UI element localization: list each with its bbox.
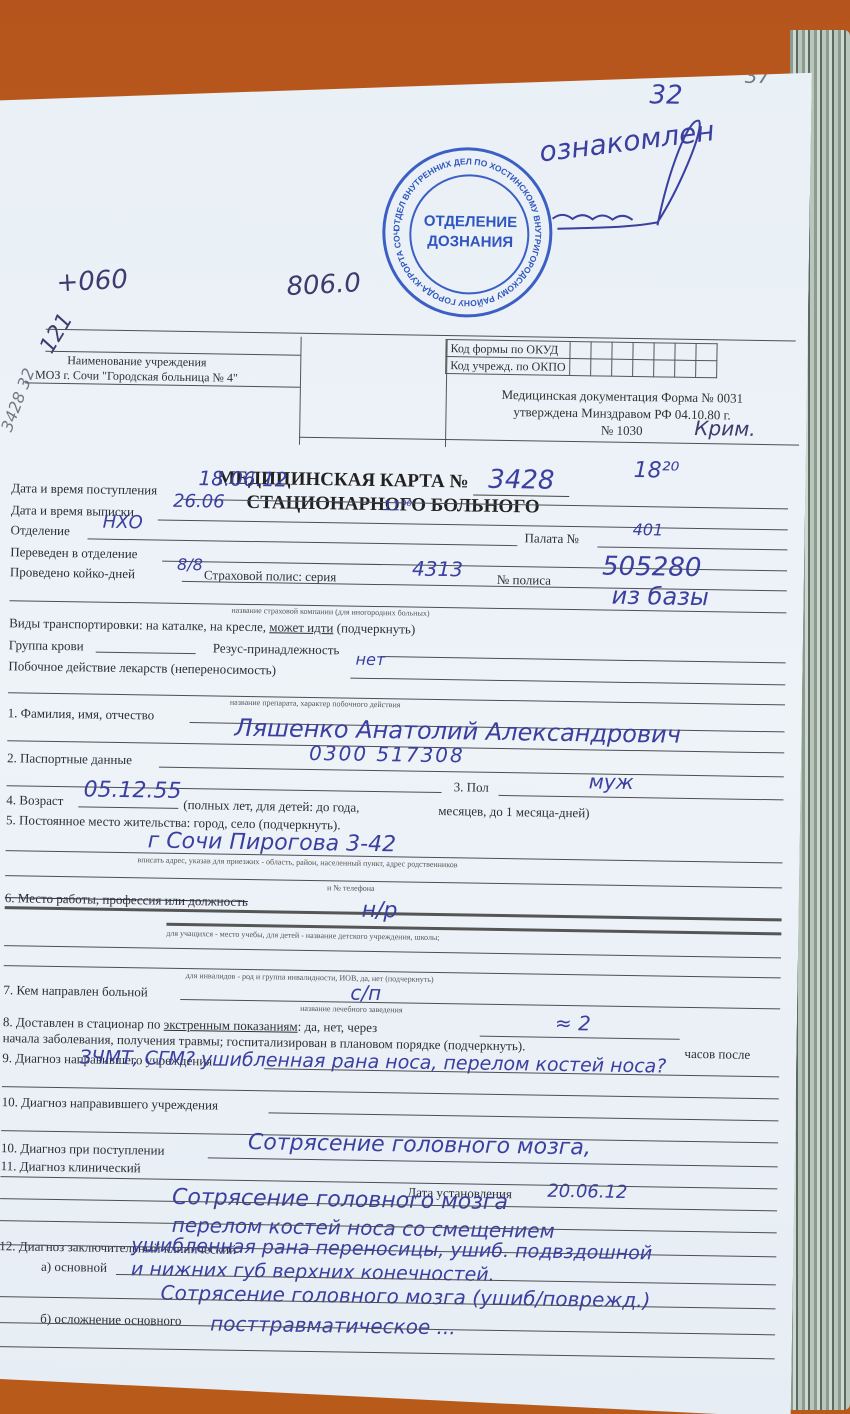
page-number-pencil: 37 (745, 64, 771, 88)
delivered-selected: экстренным показаниям (164, 1017, 298, 1034)
page-number: 32 (649, 80, 683, 111)
disabled-caption: для инвалидов - род и группа инвалидност… (186, 971, 434, 984)
admission-diag-value: Сотрясение головного мозга, (248, 1130, 591, 1160)
insurance-company-caption: название страховой компании (для иногоро… (231, 606, 429, 618)
police-stamp: ОТДЕЛ ВНУТРЕННИХ ДЕЛ ПО ХОСТИНСКОМУ ВНУТ… (381, 146, 554, 319)
passport-value: 0300 517308 (309, 741, 465, 767)
transport-selected: может идти (269, 619, 333, 635)
medical-card-page: 32 37 ОТДЕЛ ВНУТРЕННИХ ДЕЛ ПО ХОСТИНСКОМ… (0, 60, 812, 1414)
delivered-text-2: : да, нет, через (298, 1019, 378, 1035)
insurance-series-value: 4313 (412, 557, 463, 582)
drug-reaction-label: Побочное действие лекарств (непереносимо… (8, 658, 276, 678)
ward-label: Палата № (524, 530, 579, 547)
clinical-diag-value-1: Сотрясение головного мозга (172, 1185, 508, 1215)
svg-text:ОТДЕЛ ВНУТРЕННИХ ДЕЛ ПО ХОСТИН: ОТДЕЛ ВНУТРЕННИХ ДЕЛ ПО ХОСТИНСКОМУ ВНУТ… (384, 149, 545, 310)
age-caption-1: (полных лет, для детей: до года, (183, 797, 359, 816)
blood-group-label: Группа крови (9, 637, 84, 654)
referral-diag-label-10: 10. Диагноз направившего учреждения (2, 1094, 219, 1113)
admission-diag-label: 10. Диагноз при поступлении (1, 1140, 165, 1159)
final-main-value-3: Сотрясение головного мозга (ушиб/поврежд… (160, 1281, 650, 1313)
department-label: Отделение (10, 522, 69, 539)
header-middle-box (299, 337, 448, 447)
admission-label: Дата и время поступления (11, 480, 157, 498)
handwritten-code-right: 806.0 (286, 268, 362, 302)
stamp-ring-text-icon: ОТДЕЛ ВНУТРЕННИХ ДЕЛ ПО ХОСТИНСКОМУ ВНУТ… (384, 149, 551, 316)
age-value: 05.12.55 (83, 777, 181, 804)
clinical-diag-label: 11. Диагноз клинический (0, 1158, 140, 1176)
stamp-label-2: ДОЗНАНИЯ (415, 232, 525, 254)
delivered-text: 8. Доставлен в стационар по (3, 1014, 161, 1031)
referred-by-label: 7. Кем направлен больной (3, 982, 148, 1000)
bed-days-value: 8/8 (177, 555, 203, 574)
bed-days-label: Проведено койко-дней (10, 564, 135, 582)
referred-by-caption: название лечебного заведения (300, 1004, 403, 1015)
card-number: 3428 (473, 464, 570, 497)
sex-label: 3. Пол (454, 779, 489, 796)
corner-note: Крим. (694, 416, 756, 441)
ward-value: 401 (633, 520, 664, 539)
insurance-company-value: из базы (611, 582, 709, 612)
discharge-date: 26.06 (173, 491, 225, 513)
rhesus-label: Резус-принадлежность (213, 640, 340, 658)
fio-label: 1. Фамилия, имя, отчество (8, 705, 155, 723)
okud-label: Код формы по ОКУД (446, 340, 571, 359)
drug-reaction-caption: название препарата, характер побочного д… (230, 698, 401, 710)
transport-label: Виды транспортировки: на каталке, на кре… (9, 615, 415, 637)
transferred-label: Переведен в отделение (10, 544, 137, 562)
age-label: 4. Возраст (6, 792, 63, 809)
work-value: н/р (361, 898, 397, 924)
complication-label: б) осложнение основного (40, 1311, 181, 1329)
phone-caption: и № телефона (327, 883, 375, 893)
handwritten-code-left: +060 (56, 265, 129, 299)
signature-scribble-icon (537, 108, 719, 251)
form-codes-table: Код формы по ОКУД Код учрежд. по ОКПО (445, 339, 718, 378)
final-main-label: а) основной (41, 1259, 107, 1276)
sex-value: муж (589, 769, 634, 794)
delivered-hours-value: ≈ 2 (555, 1011, 591, 1036)
admission-date: 18.06.12 (198, 466, 287, 491)
admission-time: 18²⁰ (633, 458, 679, 484)
passport-label: 2. Паспортные данные (7, 750, 132, 768)
department-value: НХО (103, 512, 143, 534)
age-caption-2: месяцев, до 1 месяца-дней) (438, 803, 590, 821)
discharge-time: 11⁰⁰ (383, 498, 412, 514)
drug-reaction-value: нет (355, 650, 385, 669)
margin-note: 3428 32 (0, 366, 38, 435)
transport-options: Виды транспортировки: на каталке, на кре… (9, 615, 266, 634)
transport-suffix: (подчеркнуть) (337, 620, 416, 636)
students-caption: для учащихся - место учебы, для детей - … (166, 929, 439, 942)
okpo-label: Код учрежд. по ОКПО (446, 357, 571, 376)
stamp-label-1: ОТДЕЛЕНИЕ (415, 212, 525, 234)
policy-number-value: 505280 (602, 552, 702, 584)
